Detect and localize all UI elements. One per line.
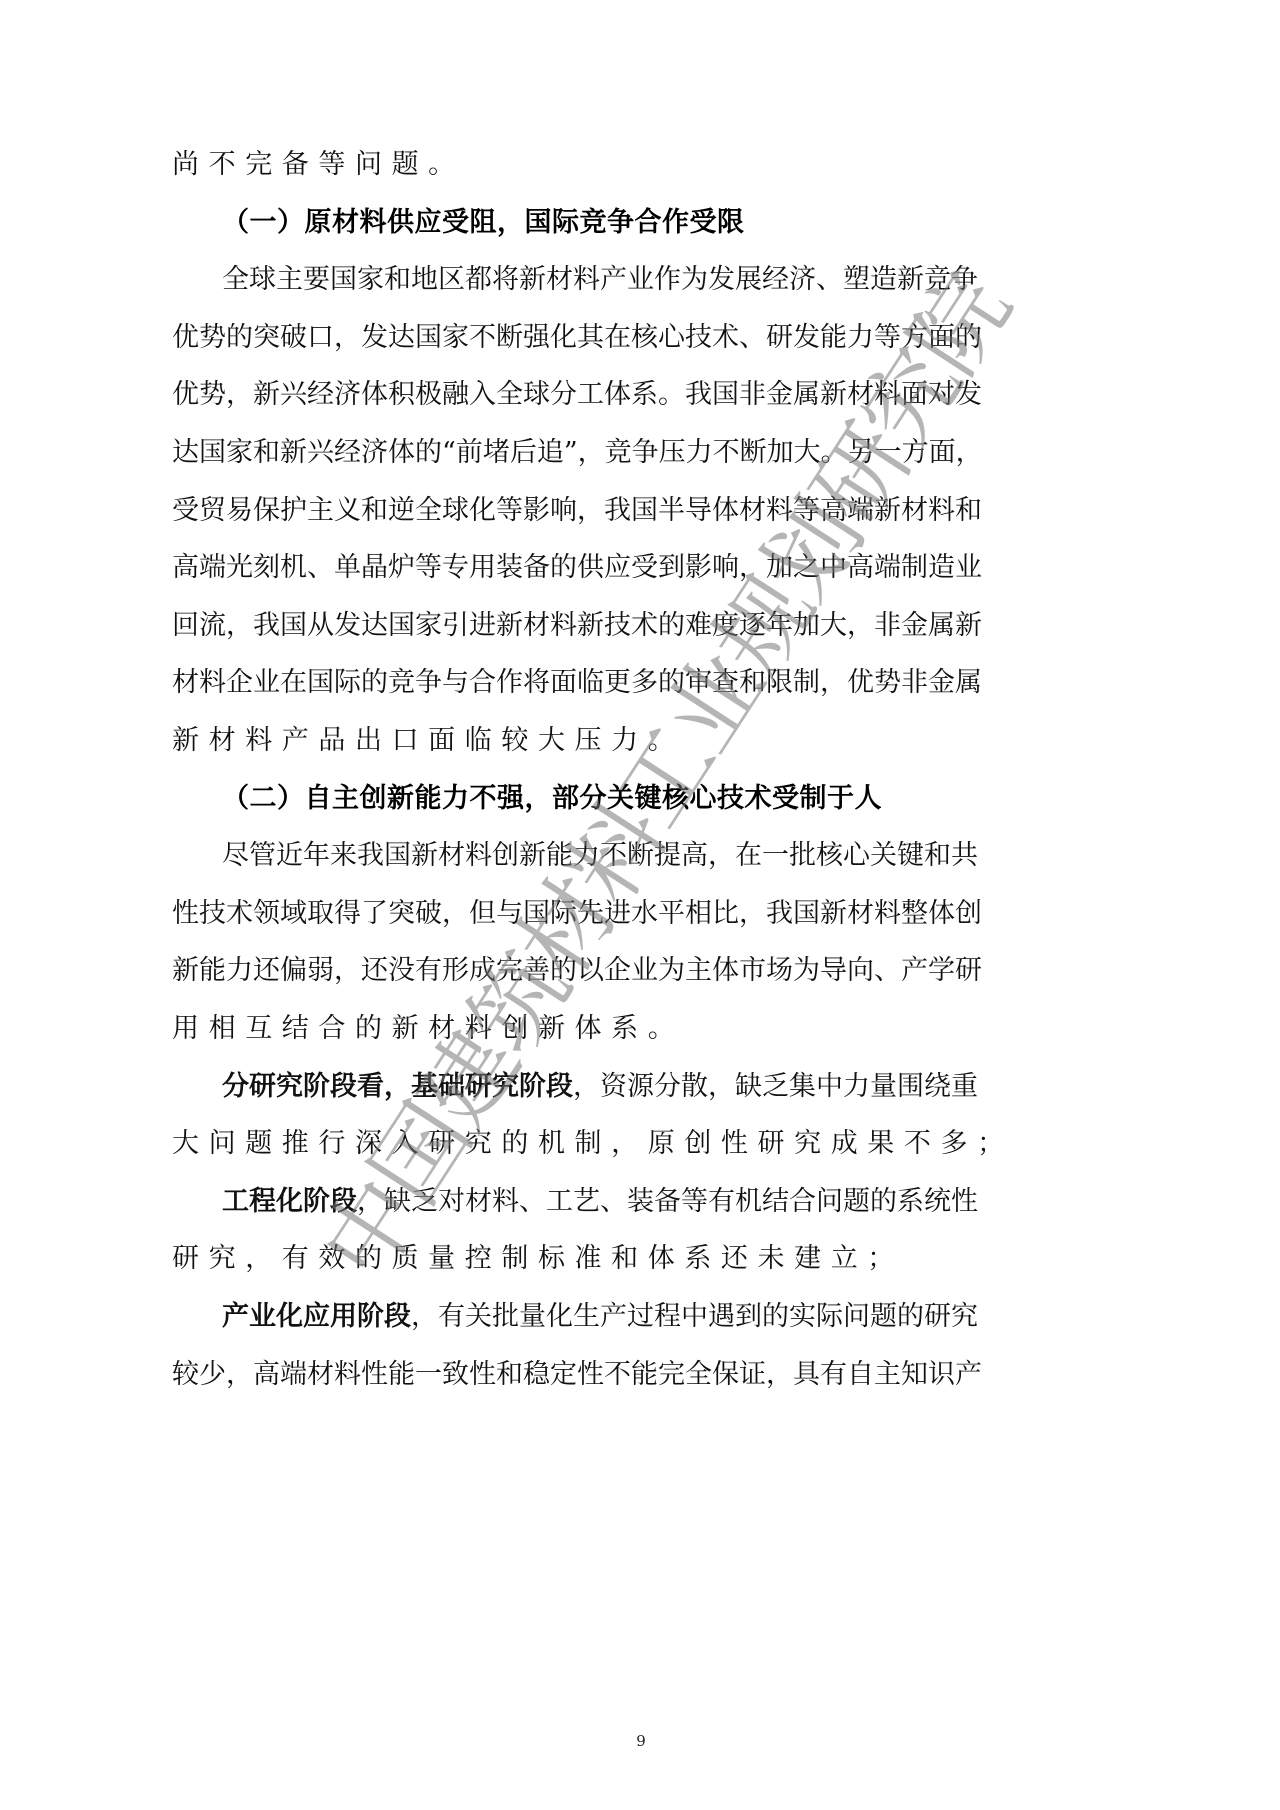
paragraph-line: 产业化应用阶段，有关批量化生产过程中遇到的实际问题的研究	[222, 1297, 940, 1337]
section-heading: （二）自主创新能力不强，部分关键核心技术受制于人	[222, 779, 882, 819]
paragraph-line: 尚不完备等问题。	[172, 145, 940, 185]
paragraph-line: 分研究阶段看，基础研究阶段，资源分散，缺乏集中力量围绕重	[222, 1067, 940, 1107]
paragraph-line: 受贸易保护主义和逆全球化等影响，我国半导体材料等高端新材料和	[172, 491, 940, 531]
paragraph-line: 新材料产品出口面临较大压力。	[172, 721, 940, 761]
paragraph-line: 达国家和新兴经济体的“前堵后追”，竞争压力不断加大。另一方面，	[172, 433, 940, 473]
paragraph-line: 高端光刻机、单晶炉等专用装备的供应受到影响，加之中高端制造业	[172, 548, 940, 588]
paragraph-line: 研究，有效的质量控制标准和体系还未建立；	[172, 1239, 940, 1279]
paragraph-line: 优势，新兴经济体积极融入全球分工体系。我国非金属新材料面对发	[172, 375, 940, 415]
section-heading: （一）原材料供应受阻，国际竞争合作受限	[222, 203, 745, 243]
document-page: 尚不完备等问题。（一）原材料供应受阻，国际竞争合作受限全球主要国家和地区都将新材…	[0, 0, 1280, 1810]
paragraph-line: 尽管近年来我国新材料创新能力不断提高，在一批核心关键和共	[222, 836, 940, 876]
paragraph-line: 性技术领域取得了突破，但与国际先进水平相比，我国新材料整体创	[172, 894, 940, 934]
paragraph-line: 用相互结合的新材料创新体系。	[172, 1009, 940, 1049]
page-number: 9	[630, 1732, 652, 1750]
paragraph-line: 优势的突破口，发达国家不断强化其在核心技术、研发能力等方面的	[172, 318, 940, 358]
paragraph-line: 全球主要国家和地区都将新材料产业作为发展经济、塑造新竞争	[222, 260, 940, 300]
paragraph-line: 新能力还偏弱，还没有形成完善的以企业为主体市场为导向、产学研	[172, 951, 940, 991]
paragraph-line: 工程化阶段，缺乏对材料、工艺、装备等有机结合问题的系统性	[222, 1182, 940, 1222]
paragraph-line: 材料企业在国际的竞争与合作将面临更多的审查和限制，优势非金属	[172, 663, 940, 703]
paragraph-line: 大问题推行深入研究的机制，原创性研究成果不多；	[172, 1124, 940, 1164]
paragraph-line: 较少，高端材料性能一致性和稳定性不能完全保证，具有自主知识产	[172, 1355, 940, 1395]
paragraph-line: 回流，我国从发达国家引进新材料新技术的难度逐年加大，非金属新	[172, 606, 940, 646]
